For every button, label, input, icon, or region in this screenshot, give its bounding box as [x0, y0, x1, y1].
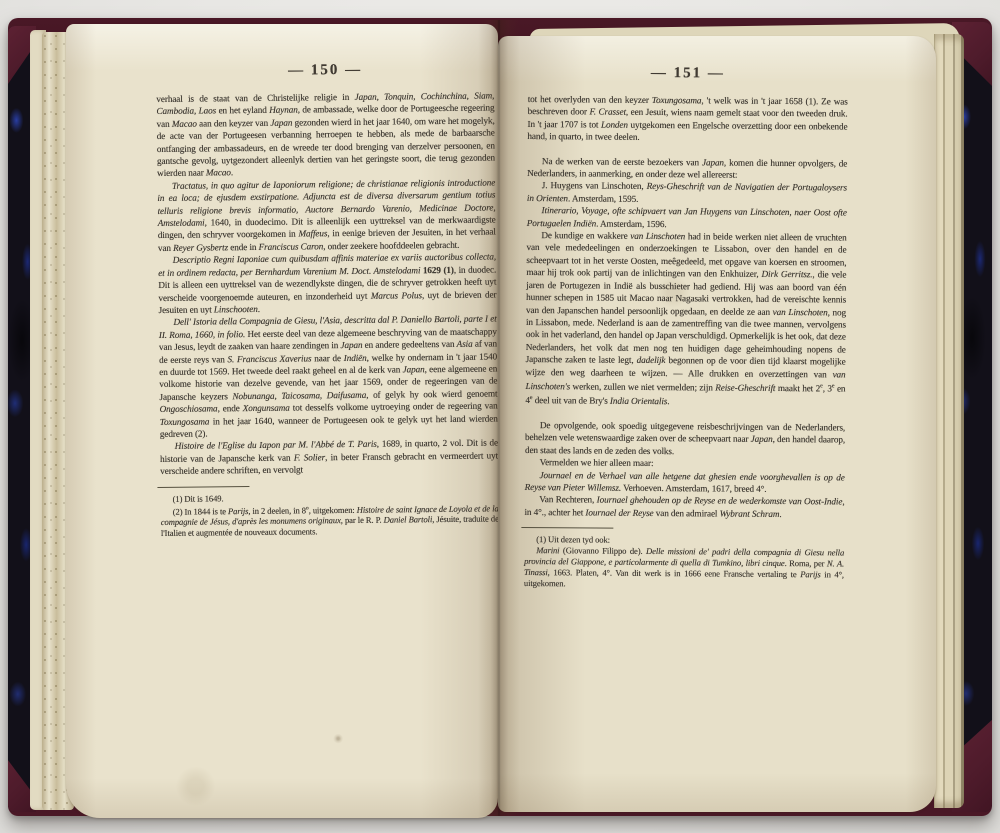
page-150-body: verhaal is de staat van de Christelijke … — [156, 89, 498, 477]
page-151-text-column: — 151 — tot het overlyden van den keyzer… — [524, 64, 848, 592]
text-run: Iournael ghehouden op de Reyse en de wed… — [597, 495, 843, 507]
text-run: Itinerario, Voyage, ofte schipvaert van … — [527, 205, 847, 228]
text-run: van Linschoten — [630, 231, 685, 241]
text-run: De kundige en wakkere — [541, 230, 630, 241]
text-run: Londen — [601, 119, 628, 129]
text-run: of gelyk hy ook wierd genoemt — [368, 388, 497, 399]
text-run: Parijs — [228, 506, 249, 516]
text-run: S. Franciscus Xaverius — [227, 353, 311, 364]
text-run: Van Rechteren, — [539, 494, 596, 504]
paragraph: Descriptio Regni Iaponiae cum quibusdam … — [158, 251, 497, 317]
text-run: Histoire de l'Eglise du Iapon par M. l'A… — [175, 439, 377, 451]
text-run: van den admirael — [654, 508, 720, 519]
text-run: , onder zeekere hoofddeelen gebracht. — [323, 240, 459, 251]
text-run: Reyer Gysbertz — [173, 242, 228, 253]
text-run: F. Solier — [294, 452, 325, 462]
paragraph: Journael en de Verhael van alle hetgene … — [525, 468, 845, 495]
paragraph: De kundige en wakkere van Linschoten had… — [525, 229, 846, 409]
text-run: Japan — [270, 117, 292, 127]
paragraph: (2) In 1844 is te Parijs, in 2 deelen, i… — [161, 501, 499, 539]
text-run: . Amsterdam, 1595. — [568, 193, 638, 204]
text-run: Toxungosama — [160, 416, 210, 427]
paragraph: Itinerario, Voyage, ofte schipvaert van … — [527, 204, 847, 231]
text-run: aan den keyzer van — [197, 118, 271, 129]
text-run: naar de — [311, 353, 343, 363]
text-run: . Roma, per — [785, 558, 827, 568]
text-run: tot desselfs volkome uytroeying onder de… — [290, 401, 498, 413]
text-run: Franciscus Caron — [259, 241, 324, 252]
text-run: Macao — [206, 168, 231, 178]
text-run: , par le R. P. — [341, 515, 384, 525]
text-run: ende in — [228, 242, 259, 252]
paragraph: Van Rechteren, Iournael ghehouden op de … — [524, 493, 844, 520]
text-run: Linschooten — [214, 304, 258, 314]
text-run: Dirk Gerritsz. — [762, 269, 813, 279]
text-run: . — [667, 397, 669, 407]
paragraph: J. Huygens van Linschoten, Reys-Gheschri… — [527, 179, 847, 206]
text-run: dadelijk — [637, 355, 666, 365]
page-150-number-header: — 150 — — [156, 60, 494, 81]
text-run: Na de werken van de eerste bezoekers van — [542, 156, 702, 167]
paragraph: tot het overlyden van den keyzer Toxungo… — [527, 93, 847, 145]
text-run: 1629 (1) — [420, 265, 454, 275]
page-150-text-column: — 150 — verhaal is de staat van de Chris… — [156, 60, 499, 539]
text-run: . Amsterdam, 1596. — [596, 218, 666, 229]
text-run: Japan — [340, 340, 362, 350]
text-run: Marcus Polus — [371, 290, 422, 301]
text-run: Ongoschiosama — [160, 404, 218, 415]
text-run: Wybrant Schram — [720, 508, 780, 518]
text-run: Japan — [702, 157, 724, 167]
text-run: Reise-Gheschrift — [715, 382, 775, 392]
page-151-footnotes: (1) Uit dezen tyd ook:Marini (Giovanno F… — [524, 534, 844, 592]
text-run: Toxungosama — [652, 95, 702, 105]
text-run: Nobunanga, Taicosama, Daifusama, — [232, 390, 368, 401]
text-run: en het eyland — [216, 105, 269, 116]
footnote-divider — [521, 527, 613, 529]
text-run: . — [231, 168, 233, 178]
page-151-body: tot het overlyden van den keyzer Toxungo… — [524, 93, 847, 521]
text-run: F. Crasset — [589, 107, 626, 117]
text-run: deel uit van de Bry's — [532, 396, 610, 407]
text-run: verhaal is de staat van de Christelijke … — [156, 92, 354, 104]
page-151: — 151 — tot het overlyden van den keyzer… — [498, 36, 936, 812]
text-run: en andere gedeeltens van — [362, 339, 456, 350]
text-run: Iournael der Reyse — [585, 507, 653, 518]
text-run: Asia — [457, 339, 473, 349]
text-run: tot het overlyden van den keyzer — [528, 94, 652, 105]
text-run: Parijs — [800, 569, 820, 579]
text-run: , 1663. Platen, 4°. Van dit werk is in 1… — [548, 567, 801, 579]
text-run: (Giovanno Filippo de). — [559, 545, 646, 556]
text-run: Verhoeven. Amsterdam, 1617, breed 4°. — [621, 483, 766, 494]
right-page-edge-stack — [934, 34, 964, 808]
text-run: Xongunsama — [243, 403, 290, 413]
text-run: Daniel Bartoli — [384, 515, 433, 526]
text-run: J. Huygens van Linschoten, — [542, 181, 647, 192]
paragraph: Tractatus, in quo agitur de Iaponiorum r… — [157, 176, 496, 254]
paragraph: Dell' Istoria della Compagnia de Giesu, … — [159, 313, 498, 441]
text-run: Vermelden we hier alleen maar: — [540, 457, 654, 468]
text-run: werken, zullen we niet vermelden; zijn — [570, 381, 715, 392]
text-run: , uitgekomen: — [309, 504, 357, 515]
text-run: maakt het 2 — [775, 383, 820, 393]
text-run: Haynan — [269, 105, 298, 115]
text-run: Japan — [751, 434, 773, 444]
text-run: (1) Dit is 1649. — [173, 493, 224, 504]
text-run: (1) Uit dezen tyd ook: — [536, 534, 610, 545]
photo-background: — 150 — verhaal is de staat van de Chris… — [0, 0, 1000, 833]
paragraph: Na de werken van de eerste bezoekers van… — [527, 155, 847, 182]
page-151-number-header: — 151 — — [528, 64, 848, 84]
text-run: in het jaar 1640, wanneer de Portugeesen… — [160, 413, 498, 439]
text-run: Maffeus — [298, 229, 327, 239]
text-run: van Linschoten — [773, 306, 828, 316]
paragraph: De opvolgende, ook spoedig uitgegevene r… — [525, 419, 845, 459]
text-run: Japan — [403, 364, 425, 374]
page-150-footnotes: (1) Dit is 1649.(2) In 1844 is te Parijs… — [160, 490, 498, 539]
paragraph: verhaal is de staat van de Christelijke … — [156, 89, 495, 179]
text-run: , ende — [217, 403, 242, 413]
paragraph: Histoire de l'Eglise du Iapon par M. l'A… — [160, 437, 498, 478]
paragraph: Marini (Giovanno Filippo de). Delle miss… — [524, 545, 844, 592]
text-run: , in 2 deelen, in 8 — [248, 505, 306, 516]
text-run: (2) In 1844 is te — [173, 506, 228, 517]
page-150: — 150 — verhaal is de staat van de Chris… — [66, 24, 498, 818]
text-run: India Orientalis — [610, 396, 667, 406]
text-run: Indiën — [344, 352, 367, 362]
text-run: Marini — [536, 545, 559, 555]
text-run: . — [258, 304, 260, 314]
text-run: . — [779, 509, 781, 519]
footnote-divider — [157, 486, 249, 488]
text-run: Macao — [172, 118, 197, 128]
